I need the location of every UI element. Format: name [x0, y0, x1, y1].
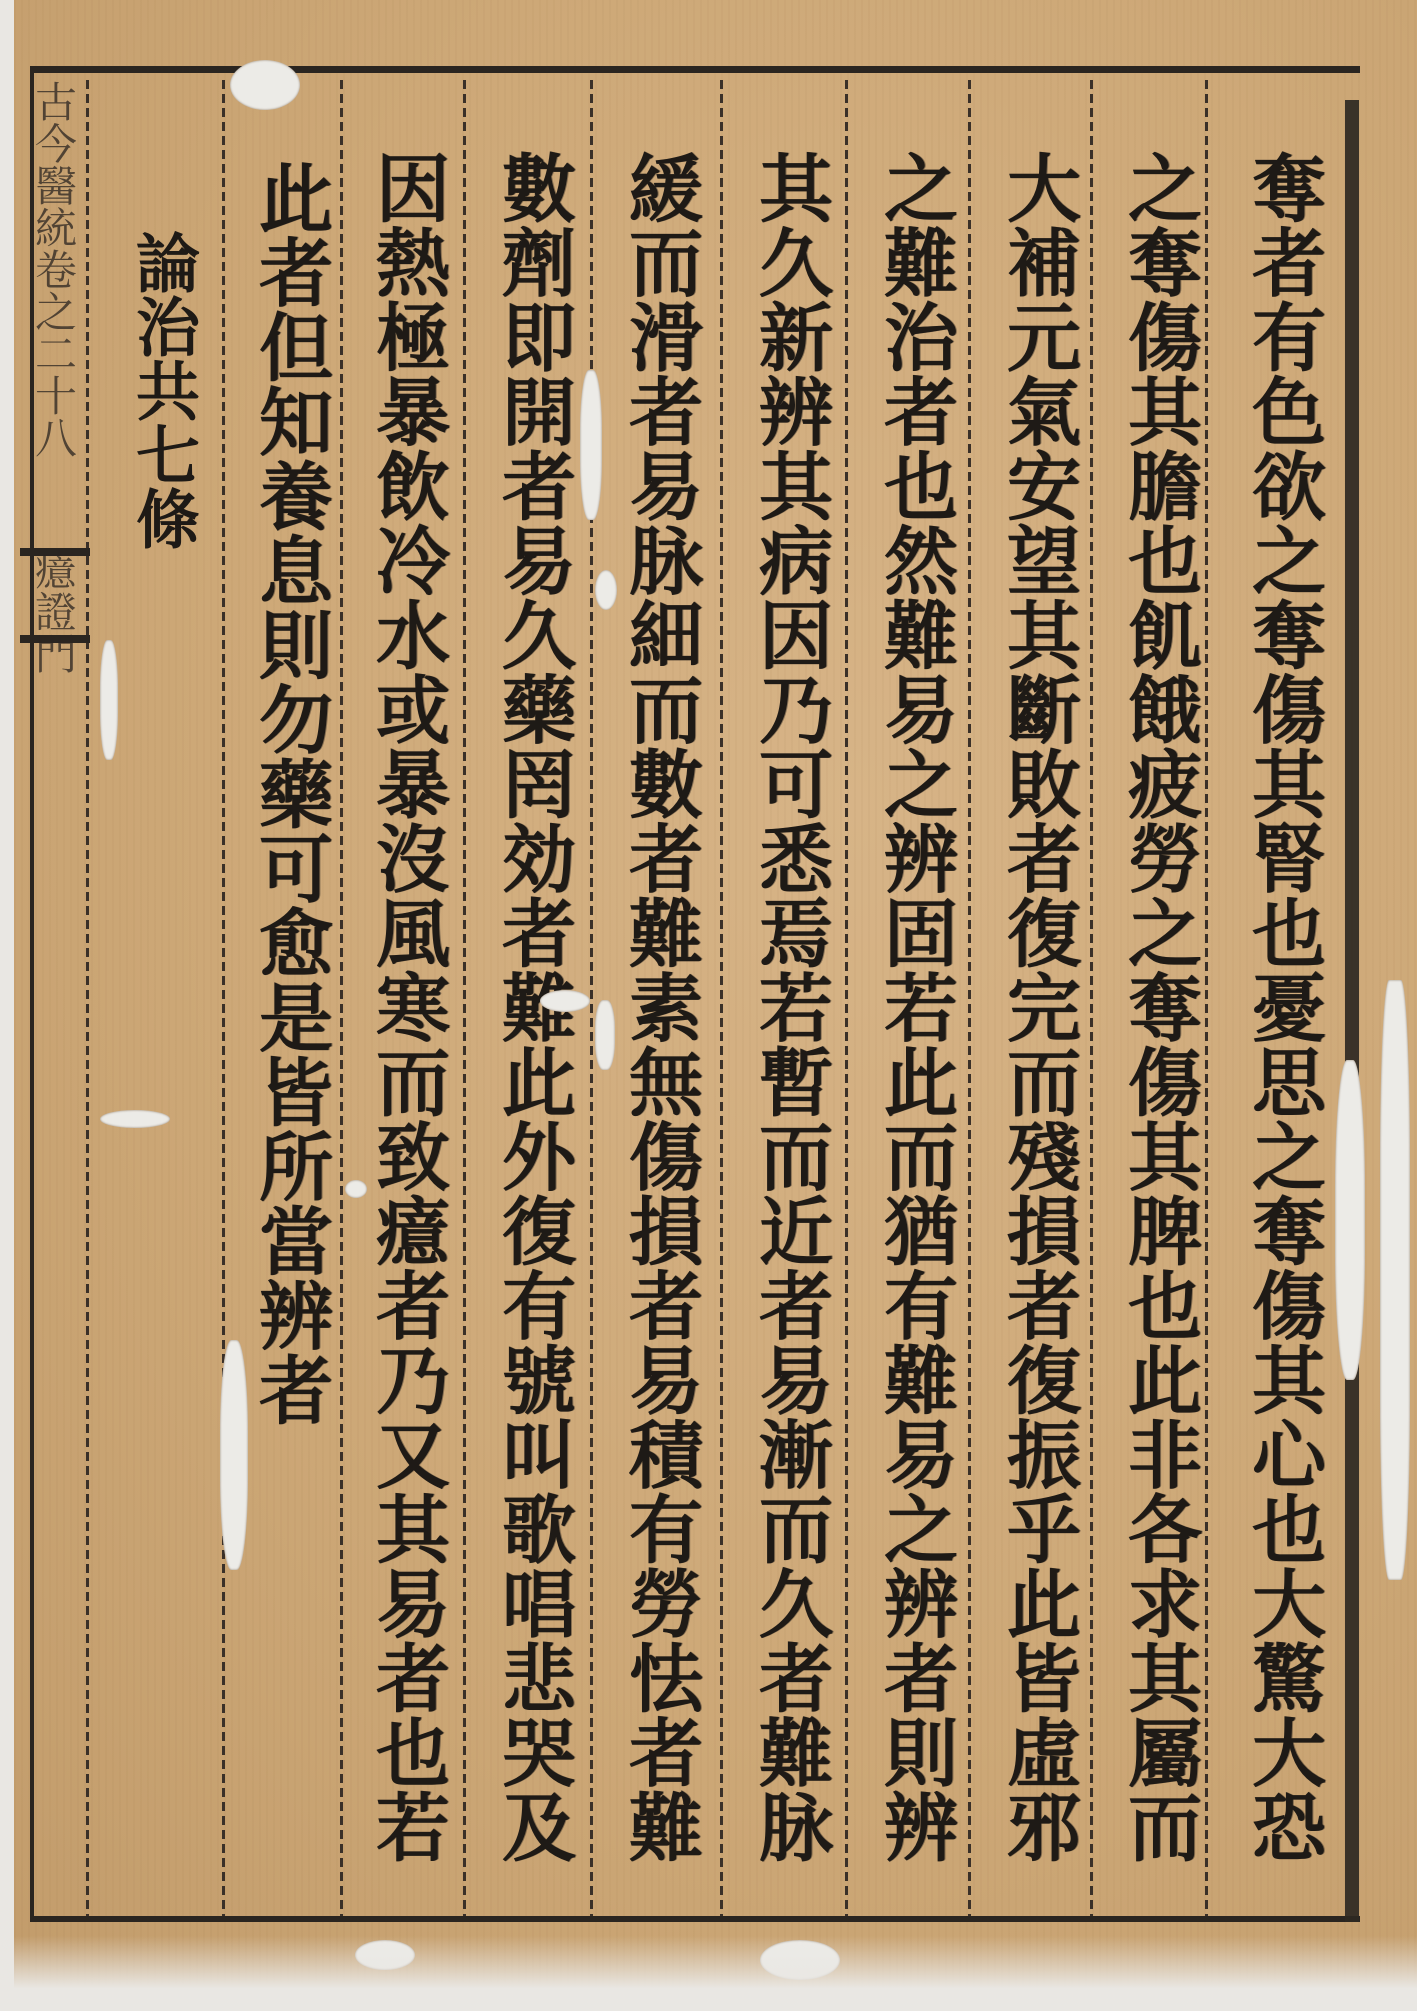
border-bottom — [30, 1916, 1360, 1922]
torn-bottom-edge — [0, 1936, 1417, 2011]
column-rule — [720, 80, 723, 1916]
text-column-8: 因熱極暴飲冷水或暴沒風寒而致癔者乃又其易者也若 — [352, 150, 462, 1910]
text-column-1: 奪者有色欲之奪傷其腎也憂思之奪傷其心也大驚大恐 — [1228, 150, 1338, 1910]
border-right — [1345, 100, 1359, 1922]
worm-hole — [220, 1340, 248, 1570]
column-rule — [463, 80, 466, 1916]
border-top — [30, 66, 1360, 73]
worm-hole — [540, 990, 590, 1012]
worm-hole — [1335, 1060, 1365, 1380]
text-column-2: 之奪傷其膽也飢餓疲勞之奪傷其脾也此非各求其屬而 — [1104, 150, 1214, 1910]
worm-hole — [580, 370, 602, 520]
text-column-9: 此者但知養息則勿藥可愈是皆所當辨者 — [235, 160, 345, 1920]
margin-section: 癔證門 — [29, 548, 78, 674]
column-rule — [590, 80, 593, 1916]
text-column-7: 數劑即開者易久藥罔効者難此外復有號叫歌唱悲哭及 — [478, 150, 588, 1910]
margin-title: 古今醫統卷之二十八癔證門 — [18, 80, 88, 1180]
column-rule — [845, 80, 848, 1916]
worm-hole — [100, 1110, 170, 1128]
worm-hole — [100, 640, 118, 760]
worm-hole — [595, 1000, 615, 1070]
text-column-5: 其久新辨其病因乃可悉焉若暫而近者易漸而久者難脉 — [735, 150, 845, 1910]
text-column-6: 緩而滑者易脉細而數者難素無傷損者易積有勞怯者難 — [605, 150, 715, 1910]
text-column-4: 之難治者也然難易之辨固若此而猶有難易之辨者則辨 — [860, 150, 970, 1910]
worm-hole — [230, 60, 300, 110]
section-heading: 論治共七條 — [112, 230, 212, 1130]
worm-hole — [595, 570, 617, 610]
column-rule — [222, 80, 225, 1916]
margin-book-title: 古今醫統卷之二十八 — [29, 80, 78, 458]
torn-edge — [1380, 980, 1410, 1580]
text-column-3: 大補元氣安望其斷敗者復完而殘損者復振乎此皆虛邪 — [983, 150, 1093, 1910]
worm-hole — [345, 1180, 367, 1198]
